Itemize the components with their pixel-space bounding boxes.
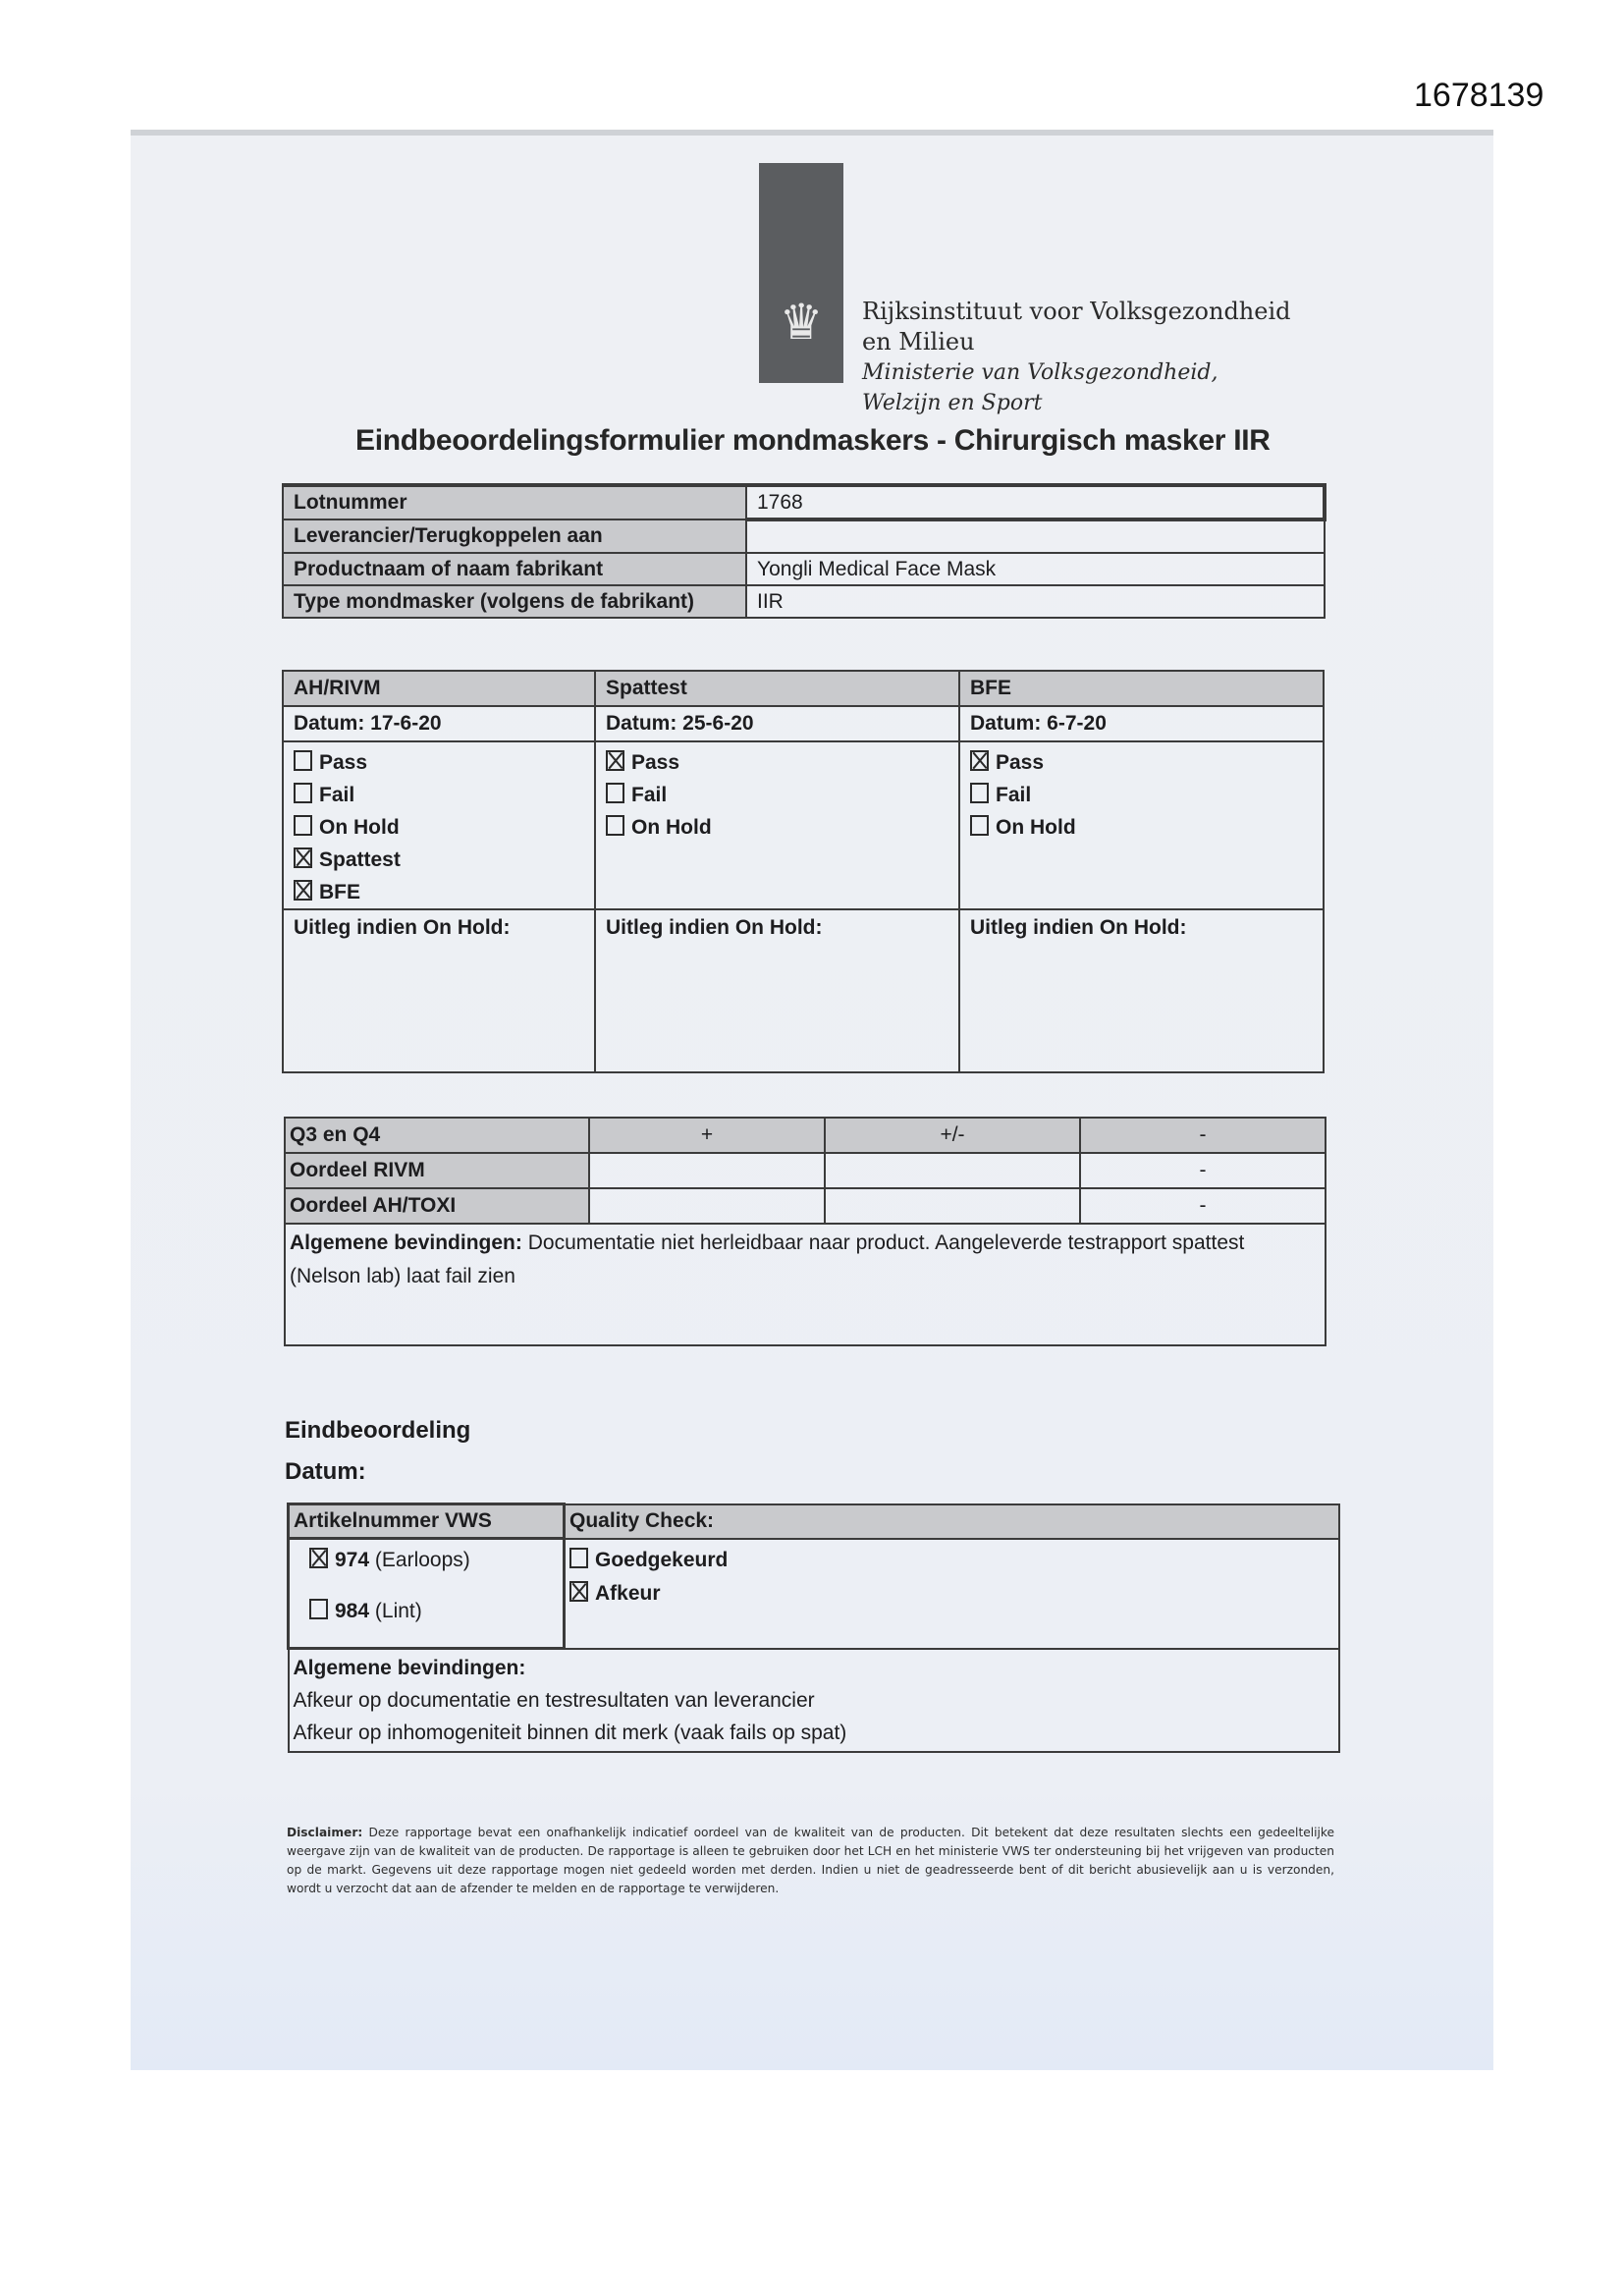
final-general-findings[interactable]: Algemene bevindingen: Afkeur op document… bbox=[289, 1649, 1340, 1753]
checkbox-icon[interactable] bbox=[309, 1599, 328, 1619]
checked-checkbox-icon[interactable] bbox=[569, 1581, 588, 1602]
test-option-fail[interactable]: Fail bbox=[970, 779, 1313, 811]
checkbox-icon[interactable] bbox=[970, 815, 989, 836]
disclaimer-label: Disclaimer: bbox=[287, 1826, 362, 1839]
test-option-on-hold[interactable]: On Hold bbox=[294, 811, 584, 844]
qc-option-goedgekeurd[interactable]: Goedgekeurd bbox=[569, 1544, 1334, 1577]
final-assessment-heading: Eindbeoordeling bbox=[285, 1410, 470, 1451]
organization-name: Rijksinstituut voor Volksgezondheid en M… bbox=[862, 297, 1291, 418]
checked-checkbox-icon[interactable] bbox=[606, 750, 624, 771]
disclaimer: Disclaimer: Deze rapportage bevat een on… bbox=[287, 1824, 1334, 1898]
ministry-line-1: Ministerie van Volksgezondheid, bbox=[862, 357, 1291, 388]
findings-label: Algemene bevindingen: bbox=[290, 1231, 522, 1254]
scanned-page bbox=[131, 130, 1493, 2070]
checkbox-icon[interactable] bbox=[569, 1548, 588, 1568]
info-label: Lotnummer bbox=[283, 485, 746, 519]
rating-plus-cell[interactable] bbox=[589, 1153, 825, 1188]
test-results-table: AH/RIVM Spattest BFE Datum: 17-6-20 Datu… bbox=[282, 670, 1325, 1073]
final-findings-line: Afkeur op inhomogeniteit binnen dit merk… bbox=[294, 1717, 1335, 1749]
info-label: Productnaam of naam fabrikant bbox=[283, 553, 746, 585]
q-header-plusminus: +/- bbox=[825, 1118, 1080, 1153]
final-assessment-section: Eindbeoordeling Datum: bbox=[285, 1410, 470, 1493]
option-label: Spattest bbox=[319, 848, 401, 871]
product-info-table: Lotnummer1768 Leverancier/Terugkoppelen … bbox=[282, 483, 1326, 619]
test-header-bfe: BFE bbox=[959, 671, 1324, 706]
test-option-spattest[interactable]: Spattest bbox=[294, 844, 584, 876]
supplier-field[interactable] bbox=[746, 519, 1325, 553]
info-label: Leverancier/Terugkoppelen aan bbox=[283, 519, 746, 553]
checkbox-icon[interactable] bbox=[606, 815, 624, 836]
rating-minus-cell[interactable]: - bbox=[1080, 1153, 1326, 1188]
test-date: Datum: 6-7-20 bbox=[959, 706, 1324, 741]
info-label: Type mondmasker (volgens de fabrikant) bbox=[283, 585, 746, 618]
info-row: Productnaam of naam fabrikantYongli Medi… bbox=[283, 553, 1325, 585]
test-option-fail[interactable]: Fail bbox=[606, 779, 948, 811]
disclaimer-text: Deze rapportage bevat een onafhankelijk … bbox=[287, 1826, 1334, 1895]
option-label: BFE bbox=[319, 881, 360, 903]
q-header-plus: + bbox=[589, 1118, 825, 1153]
option-label: On Hold bbox=[631, 816, 712, 839]
explanation-label: Uitleg indien On Hold: bbox=[606, 916, 822, 939]
option-label: On Hold bbox=[319, 816, 400, 839]
test-header-ah-rivm: AH/RIVM bbox=[283, 671, 595, 706]
checkbox-icon[interactable] bbox=[606, 783, 624, 803]
rating-plus-cell[interactable] bbox=[589, 1188, 825, 1224]
qc-option-afkeur[interactable]: Afkeur bbox=[569, 1577, 1334, 1611]
q-header-label: Q3 en Q4 bbox=[285, 1118, 589, 1153]
test-options: PassFailOn HoldSpattestBFE bbox=[283, 741, 595, 909]
info-row: Leverancier/Terugkoppelen aan bbox=[283, 519, 1325, 553]
quality-rating-table: Q3 en Q4 + +/- - Oordeel RIVM - Oordeel … bbox=[284, 1117, 1326, 1346]
document-number: 1678139 bbox=[1414, 77, 1543, 115]
test-option-on-hold[interactable]: On Hold bbox=[970, 811, 1313, 844]
checked-checkbox-icon[interactable] bbox=[294, 880, 312, 901]
test-option-fail[interactable]: Fail bbox=[294, 779, 584, 811]
test-header-spattest: Spattest bbox=[595, 671, 959, 706]
ministry-line-2: Welzijn en Sport bbox=[862, 388, 1291, 418]
test-options: PassFailOn Hold bbox=[959, 741, 1324, 909]
lot-number-field[interactable]: 1768 bbox=[746, 485, 1325, 519]
checked-checkbox-icon[interactable] bbox=[970, 750, 989, 771]
checked-checkbox-icon[interactable] bbox=[309, 1548, 328, 1568]
info-row: Lotnummer1768 bbox=[283, 485, 1325, 519]
q-header-minus: - bbox=[1080, 1118, 1326, 1153]
mask-type-field[interactable]: IIR bbox=[746, 585, 1325, 618]
org-line-1: Rijksinstituut voor Volksgezondheid bbox=[862, 297, 1291, 327]
explanation-label: Uitleg indien On Hold: bbox=[970, 916, 1186, 939]
option-label: Pass bbox=[631, 751, 679, 774]
option-label: Pass bbox=[319, 751, 367, 774]
test-option-on-hold[interactable]: On Hold bbox=[606, 811, 948, 844]
org-line-2: en Milieu bbox=[862, 327, 1291, 357]
explanation-label: Uitleg indien On Hold: bbox=[294, 916, 510, 939]
rating-row-label: Oordeel RIVM bbox=[285, 1153, 589, 1188]
option-label: Fail bbox=[319, 784, 354, 806]
final-assessment-table: Artikelnummer VWS Quality Check: 974 (Ea… bbox=[287, 1503, 1340, 1753]
rating-minus-cell[interactable]: - bbox=[1080, 1188, 1326, 1224]
checkbox-icon[interactable] bbox=[294, 750, 312, 771]
test-option-bfe[interactable]: BFE bbox=[294, 876, 584, 908]
quality-check-header: Quality Check: bbox=[565, 1504, 1340, 1539]
final-findings-label: Algemene bevindingen: bbox=[294, 1652, 1335, 1684]
product-name-field[interactable]: Yongli Medical Face Mask bbox=[746, 553, 1325, 585]
test-options: PassFailOn Hold bbox=[595, 741, 959, 909]
article-option-984[interactable]: 984 (Lint) bbox=[309, 1595, 559, 1628]
form-title: Eindbeoordelingsformulier mondmaskers - … bbox=[355, 424, 1271, 458]
checkbox-icon[interactable] bbox=[294, 783, 312, 803]
test-date: Datum: 25-6-20 bbox=[595, 706, 959, 741]
rating-plusminus-cell[interactable] bbox=[825, 1153, 1080, 1188]
option-label: Fail bbox=[631, 784, 667, 806]
test-option-pass[interactable]: Pass bbox=[606, 746, 948, 779]
article-options: 974 (Earloops) 984 (Lint) bbox=[289, 1539, 565, 1649]
on-hold-explanation[interactable]: Uitleg indien On Hold: bbox=[959, 909, 1324, 1072]
royal-coat-of-arms-icon: ♛ bbox=[767, 291, 836, 354]
test-option-pass[interactable]: Pass bbox=[970, 746, 1313, 779]
on-hold-explanation[interactable]: Uitleg indien On Hold: bbox=[595, 909, 959, 1072]
logo-bar: ♛ bbox=[759, 163, 843, 383]
general-findings[interactable]: Algemene bevindingen: Documentatie niet … bbox=[285, 1224, 1326, 1345]
option-label: Fail bbox=[996, 784, 1031, 806]
test-option-pass[interactable]: Pass bbox=[294, 746, 584, 779]
info-row: Type mondmasker (volgens de fabrikant)II… bbox=[283, 585, 1325, 618]
checkbox-icon[interactable] bbox=[970, 783, 989, 803]
checked-checkbox-icon[interactable] bbox=[294, 847, 312, 868]
test-date: Datum: 17-6-20 bbox=[283, 706, 595, 741]
option-label: Pass bbox=[996, 751, 1044, 774]
on-hold-explanation[interactable]: Uitleg indien On Hold: bbox=[283, 909, 595, 1072]
rating-row-label: Oordeel AH/TOXI bbox=[285, 1188, 589, 1224]
final-date-label: Datum: bbox=[285, 1451, 470, 1493]
rating-plusminus-cell[interactable] bbox=[825, 1188, 1080, 1224]
article-number-header: Artikelnummer VWS bbox=[289, 1504, 565, 1539]
quality-check-options: Goedgekeurd Afkeur bbox=[565, 1539, 1340, 1649]
final-findings-line: Afkeur op documentatie en testresultaten… bbox=[294, 1684, 1335, 1717]
checkbox-icon[interactable] bbox=[294, 815, 312, 836]
article-option-974[interactable]: 974 (Earloops) bbox=[309, 1544, 559, 1595]
option-label: On Hold bbox=[996, 816, 1076, 839]
